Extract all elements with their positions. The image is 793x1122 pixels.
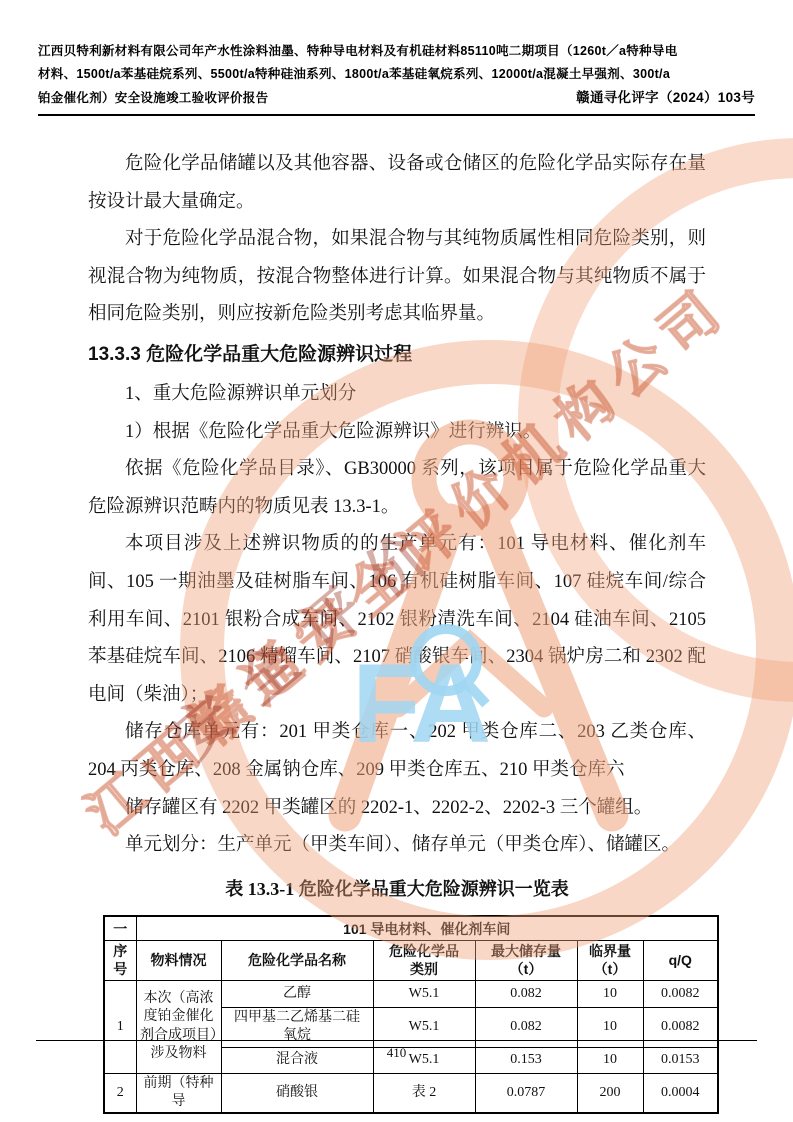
qq-cell: 0.0004	[643, 1073, 718, 1113]
paragraph: 储存仓库单元有：201 甲类仓库一、202 甲类仓库二、203 乙类仓库、204…	[88, 714, 706, 789]
table-header-row: 序 号 物料情况 危险化学品名称 危险化学品 类别 最大储存量 （t） 临界量 …	[104, 941, 718, 980]
threshold-cell: 10	[577, 980, 643, 1007]
header-line: 材料、1500t/a苯基硅烷系列、5500t/a特种硅油系列、1800t/a苯基…	[38, 63, 755, 86]
paragraph: 危险化学品储罐以及其他容器、设备或仓储区的危险化学品实际存在量按设计最大量确定。	[88, 146, 706, 221]
document-number: 赣通寻化评字（2024）103号	[576, 86, 755, 109]
col-header-material: 物料情况	[136, 941, 221, 980]
category-cell: 表 2	[373, 1073, 475, 1113]
max-storage-cell: 0.082	[475, 980, 577, 1007]
document-page: 江西贝特利新材料有限公司年产水性涂料油墨、特种导电材料及有机硅材料85110吨二…	[0, 0, 793, 1122]
qq-cell: 0.0082	[643, 980, 718, 1007]
page-footer: 410	[36, 1040, 757, 1061]
table-section-row: 一 101 导电材料、催化剂车间	[104, 916, 718, 941]
section-heading: 13.3.3 危险化学品重大危险源辨识过程	[88, 336, 706, 374]
col-header-chemical-name: 危险化学品名称	[221, 941, 373, 980]
section-title-cell: 101 导电材料、催化剂车间	[136, 916, 718, 941]
paragraph: 储存罐区有 2202 甲类罐区的 2202-1、2202-2、2202-3 三个…	[88, 790, 706, 828]
table-row: 2 前期（特种导 硝酸银 表 2 0.0787 200 0.0004	[104, 1073, 718, 1113]
chemical-name-cell: 硝酸银	[221, 1073, 373, 1113]
col-header-threshold: 临界量 （t）	[577, 941, 643, 980]
header-line: 铂金催化剂）安全设施竣工验收评价报告	[38, 87, 268, 110]
seq-cell: 2	[104, 1073, 136, 1113]
max-storage-cell: 0.0787	[475, 1073, 577, 1113]
col-header-category: 危险化学品 类别	[373, 941, 475, 980]
header-line: 江西贝特利新材料有限公司年产水性涂料油墨、特种导电材料及有机硅材料85110吨二…	[38, 40, 755, 63]
page-header: 江西贝特利新材料有限公司年产水性涂料油墨、特种导电材料及有机硅材料85110吨二…	[0, 0, 793, 110]
category-cell: W5.1	[373, 980, 475, 1007]
col-header-qq: q/Q	[643, 941, 718, 980]
table-row: 1 本次（高浓度铂金催化剂合成项目）涉及物料 乙醇 W5.1 0.082 10 …	[104, 980, 718, 1007]
threshold-cell: 200	[577, 1073, 643, 1113]
section-index-cell: 一	[104, 916, 136, 941]
paragraph: 1、重大危险源辨识单元划分	[88, 376, 706, 414]
material-cell: 前期（特种导	[136, 1073, 221, 1113]
footer-rule	[36, 1040, 757, 1041]
paragraph: 1）根据《危险化学品重大危险源辨识》进行辨识。	[88, 414, 706, 452]
chemical-name-cell: 乙醇	[221, 980, 373, 1007]
page-number: 410	[36, 1045, 757, 1061]
paragraph: 单元划分：生产单元（甲类车间）、储存单元（甲类仓库）、储罐区。	[88, 827, 706, 865]
col-header-seq: 序 号	[104, 941, 136, 980]
paragraph: 本项目涉及上述辨识物质的的生产单元有：101 导电材料、催化剂车间、105 一期…	[88, 526, 706, 714]
document-body: 危险化学品储罐以及其他容器、设备或仓储区的危险化学品实际存在量按设计最大量确定。…	[0, 116, 793, 1114]
paragraph: 对于危险化学品混合物，如果混合物与其纯物质属性相同危险类别，则视混合物为纯物质，…	[88, 221, 706, 334]
table-caption: 表 13.3-1 危险化学品重大危险源辨识一览表	[88, 871, 706, 909]
paragraph: 依据《危险化学品目录》、GB30000 系列，该项目属于危险化学品重大危险源辨识…	[88, 451, 706, 526]
col-header-max-storage: 最大储存量 （t）	[475, 941, 577, 980]
hazard-identification-table: 一 101 导电材料、催化剂车间 序 号 物料情况 危险化学品名称 危险化学品 …	[103, 915, 719, 1114]
